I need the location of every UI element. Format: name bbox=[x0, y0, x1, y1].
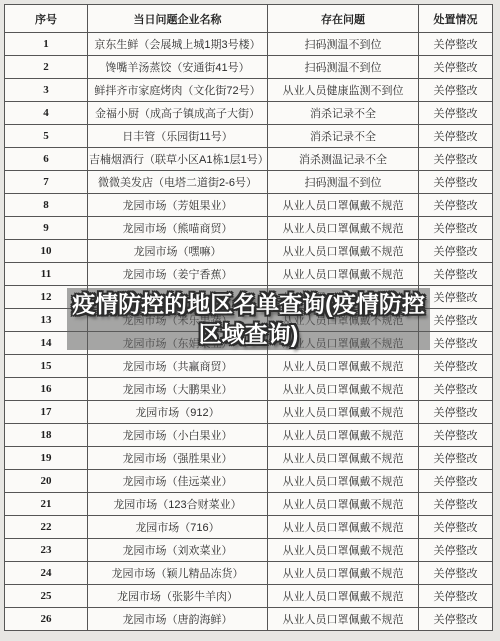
enterprise-name-cell: 龙园市场（123合财菜业） bbox=[88, 493, 268, 516]
row-index-cell: 22 bbox=[5, 516, 88, 539]
row-index-cell: 8 bbox=[5, 194, 88, 217]
problem-cell: 消杀记录不全 bbox=[268, 102, 419, 125]
table-row: 10 龙园市场（嘿嘛） 从业人员口罩佩戴不规范 关停整改 bbox=[5, 240, 493, 263]
table-row: 8 龙园市场（芳姐果业） 从业人员口罩佩戴不规范 关停整改 bbox=[5, 194, 493, 217]
problem-cell: 从业人员口罩佩戴不规范 bbox=[268, 378, 419, 401]
row-index-cell: 16 bbox=[5, 378, 88, 401]
row-index-cell: 5 bbox=[5, 125, 88, 148]
row-index-cell: 25 bbox=[5, 585, 88, 608]
col-header-index: 序号 bbox=[5, 5, 88, 33]
row-index-cell: 17 bbox=[5, 401, 88, 424]
problem-cell: 消杀测温记录不全 bbox=[268, 148, 419, 171]
table-row: 4 金福小厨（成高子镇成高子大街） 消杀记录不全 关停整改 bbox=[5, 102, 493, 125]
problem-cell: 从业人员健康监测不到位 bbox=[268, 79, 419, 102]
col-header-disposal: 处置情况 bbox=[419, 5, 493, 33]
enterprise-name-cell: 龙园市场（大鹏果业） bbox=[88, 378, 268, 401]
problem-cell: 扫码测温不到位 bbox=[268, 33, 419, 56]
problem-cell: 从业人员口罩佩戴不规范 bbox=[268, 447, 419, 470]
table-row: 16 龙园市场（大鹏果业） 从业人员口罩佩戴不规范 关停整改 bbox=[5, 378, 493, 401]
watermark-title-line1: 疫情防控的地区名单查询(疫情防控 bbox=[72, 289, 425, 319]
watermark-overlay: 疫情防控的地区名单查询(疫情防控 区域查询) bbox=[67, 288, 430, 350]
problem-cell: 从业人员口罩佩戴不规范 bbox=[268, 608, 419, 631]
problem-cell: 从业人员口罩佩戴不规范 bbox=[268, 585, 419, 608]
enterprise-name-cell: 日丰管（乐园街11号） bbox=[88, 125, 268, 148]
disposal-cell: 关停整改 bbox=[419, 148, 493, 171]
table-row: 23 龙园市场（刘欢菜业） 从业人员口罩佩戴不规范 关停整改 bbox=[5, 539, 493, 562]
watermark-title-line2: 区域查询) bbox=[199, 319, 299, 349]
problem-cell: 从业人员口罩佩戴不规范 bbox=[268, 516, 419, 539]
table-header: 序号 当日问题企业名称 存在问题 处置情况 bbox=[5, 5, 493, 33]
enterprise-name-cell: 鲜拌齐市家庭烤肉（文化街72号） bbox=[88, 79, 268, 102]
row-index-cell: 1 bbox=[5, 33, 88, 56]
problem-cell: 从业人员口罩佩戴不规范 bbox=[268, 355, 419, 378]
problem-cell: 从业人员口罩佩戴不规范 bbox=[268, 217, 419, 240]
row-index-cell: 2 bbox=[5, 56, 88, 79]
table-row: 22 龙园市场（716） 从业人员口罩佩戴不规范 关停整改 bbox=[5, 516, 493, 539]
table-row: 24 龙园市场（颖儿精品冻货） 从业人员口罩佩戴不规范 关停整改 bbox=[5, 562, 493, 585]
row-index-cell: 11 bbox=[5, 263, 88, 286]
disposal-cell: 关停整改 bbox=[419, 194, 493, 217]
enterprise-name-cell: 京东生鲜（会展城上城1期3号楼） bbox=[88, 33, 268, 56]
enterprise-name-cell: 龙园市场（颖儿精品冻货） bbox=[88, 562, 268, 585]
table-row: 19 龙园市场（强胜果业） 从业人员口罩佩戴不规范 关停整改 bbox=[5, 447, 493, 470]
enterprise-name-cell: 金福小厨（成高子镇成高子大街） bbox=[88, 102, 268, 125]
problem-cell: 从业人员口罩佩戴不规范 bbox=[268, 493, 419, 516]
table-row: 17 龙园市场（912） 从业人员口罩佩戴不规范 关停整改 bbox=[5, 401, 493, 424]
row-index-cell: 3 bbox=[5, 79, 88, 102]
enterprise-name-cell: 龙园市场（嘿嘛） bbox=[88, 240, 268, 263]
table-row: 11 龙园市场（姜宁香蕉） 从业人员口罩佩戴不规范 关停整改 bbox=[5, 263, 493, 286]
enterprise-name-cell: 龙园市场（刘欢菜业） bbox=[88, 539, 268, 562]
problem-cell: 消杀记录不全 bbox=[268, 125, 419, 148]
table-row: 18 龙园市场（小白果业） 从业人员口罩佩戴不规范 关停整改 bbox=[5, 424, 493, 447]
enterprise-name-cell: 龙园市场（芳姐果业） bbox=[88, 194, 268, 217]
row-index-cell: 10 bbox=[5, 240, 88, 263]
disposal-cell: 关停整改 bbox=[419, 493, 493, 516]
disposal-cell: 关停整改 bbox=[419, 447, 493, 470]
problem-cell: 扫码测温不到位 bbox=[268, 56, 419, 79]
enterprise-name-cell: 龙园市场（716） bbox=[88, 516, 268, 539]
disposal-cell: 关停整改 bbox=[419, 516, 493, 539]
enterprise-name-cell: 龙园市场（张影牛羊肉） bbox=[88, 585, 268, 608]
disposal-cell: 关停整改 bbox=[419, 378, 493, 401]
problem-cell: 从业人员口罩佩戴不规范 bbox=[268, 470, 419, 493]
enterprise-name-cell: 龙园市场（姜宁香蕉） bbox=[88, 263, 268, 286]
disposal-cell: 关停整改 bbox=[419, 102, 493, 125]
problem-cell: 从业人员口罩佩戴不规范 bbox=[268, 562, 419, 585]
disposal-cell: 关停整改 bbox=[419, 33, 493, 56]
row-index-cell: 24 bbox=[5, 562, 88, 585]
disposal-cell: 关停整改 bbox=[419, 424, 493, 447]
col-header-enterprise: 当日问题企业名称 bbox=[88, 5, 268, 33]
disposal-cell: 关停整改 bbox=[419, 355, 493, 378]
problem-cell: 从业人员口罩佩戴不规范 bbox=[268, 401, 419, 424]
disposal-cell: 关停整改 bbox=[419, 125, 493, 148]
table-row: 3 鲜拌齐市家庭烤肉（文化街72号） 从业人员健康监测不到位 关停整改 bbox=[5, 79, 493, 102]
enterprise-name-cell: 龙园市场（熊喵商贸） bbox=[88, 217, 268, 240]
disposal-cell: 关停整改 bbox=[419, 79, 493, 102]
col-header-problem: 存在问题 bbox=[268, 5, 419, 33]
problem-cell: 扫码测温不到位 bbox=[268, 171, 419, 194]
row-index-cell: 6 bbox=[5, 148, 88, 171]
table-row: 21 龙园市场（123合财菜业） 从业人员口罩佩戴不规范 关停整改 bbox=[5, 493, 493, 516]
enterprise-name-cell: 龙园市场（912） bbox=[88, 401, 268, 424]
row-index-cell: 19 bbox=[5, 447, 88, 470]
table-row: 1 京东生鲜（会展城上城1期3号楼） 扫码测温不到位 关停整改 bbox=[5, 33, 493, 56]
table-row: 6 吉楠烟酒行（联草小区A1栋1层1号） 消杀测温记录不全 关停整改 bbox=[5, 148, 493, 171]
row-index-cell: 23 bbox=[5, 539, 88, 562]
disposal-cell: 关停整改 bbox=[419, 217, 493, 240]
problem-cell: 从业人员口罩佩戴不规范 bbox=[268, 240, 419, 263]
table-row: 2 馋嘴羊汤蒸饺（安通街41号） 扫码测温不到位 关停整改 bbox=[5, 56, 493, 79]
problem-cell: 从业人员口罩佩戴不规范 bbox=[268, 539, 419, 562]
row-index-cell: 26 bbox=[5, 608, 88, 631]
table-row: 26 龙园市场（唐韵海鲜） 从业人员口罩佩戴不规范 关停整改 bbox=[5, 608, 493, 631]
problem-cell: 从业人员口罩佩戴不规范 bbox=[268, 424, 419, 447]
row-index-cell: 9 bbox=[5, 217, 88, 240]
disposal-cell: 关停整改 bbox=[419, 56, 493, 79]
enterprise-name-cell: 龙园市场（共赢商贸） bbox=[88, 355, 268, 378]
enterprise-name-cell: 微微美发店（电塔二道街2-6号） bbox=[88, 171, 268, 194]
row-index-cell: 15 bbox=[5, 355, 88, 378]
disposal-cell: 关停整改 bbox=[419, 539, 493, 562]
enterprise-name-cell: 吉楠烟酒行（联草小区A1栋1层1号） bbox=[88, 148, 268, 171]
enterprise-name-cell: 馋嘴羊汤蒸饺（安通街41号） bbox=[88, 56, 268, 79]
enterprise-name-cell: 龙园市场（强胜果业） bbox=[88, 447, 268, 470]
table-row: 9 龙园市场（熊喵商贸） 从业人员口罩佩戴不规范 关停整改 bbox=[5, 217, 493, 240]
table-row: 15 龙园市场（共赢商贸） 从业人员口罩佩戴不规范 关停整改 bbox=[5, 355, 493, 378]
disposal-cell: 关停整改 bbox=[419, 401, 493, 424]
problem-cell: 从业人员口罩佩戴不规范 bbox=[268, 263, 419, 286]
row-index-cell: 7 bbox=[5, 171, 88, 194]
header-row: 序号 当日问题企业名称 存在问题 处置情况 bbox=[5, 5, 493, 33]
disposal-cell: 关停整改 bbox=[419, 470, 493, 493]
disposal-cell: 关停整改 bbox=[419, 608, 493, 631]
disposal-cell: 关停整改 bbox=[419, 240, 493, 263]
row-index-cell: 21 bbox=[5, 493, 88, 516]
table-row: 7 微微美发店（电塔二道街2-6号） 扫码测温不到位 关停整改 bbox=[5, 171, 493, 194]
row-index-cell: 4 bbox=[5, 102, 88, 125]
disposal-cell: 关停整改 bbox=[419, 585, 493, 608]
table-row: 20 龙园市场（佳远菜业） 从业人员口罩佩戴不规范 关停整改 bbox=[5, 470, 493, 493]
problem-cell: 从业人员口罩佩戴不规范 bbox=[268, 194, 419, 217]
row-index-cell: 18 bbox=[5, 424, 88, 447]
table-row: 5 日丰管（乐园街11号） 消杀记录不全 关停整改 bbox=[5, 125, 493, 148]
enterprise-name-cell: 龙园市场（唐韵海鲜） bbox=[88, 608, 268, 631]
disposal-cell: 关停整改 bbox=[419, 171, 493, 194]
enterprise-name-cell: 龙园市场（小白果业） bbox=[88, 424, 268, 447]
enterprise-name-cell: 龙园市场（佳远菜业） bbox=[88, 470, 268, 493]
disposal-cell: 关停整改 bbox=[419, 562, 493, 585]
table-row: 25 龙园市场（张影牛羊肉） 从业人员口罩佩戴不规范 关停整改 bbox=[5, 585, 493, 608]
disposal-cell: 关停整改 bbox=[419, 263, 493, 286]
row-index-cell: 20 bbox=[5, 470, 88, 493]
